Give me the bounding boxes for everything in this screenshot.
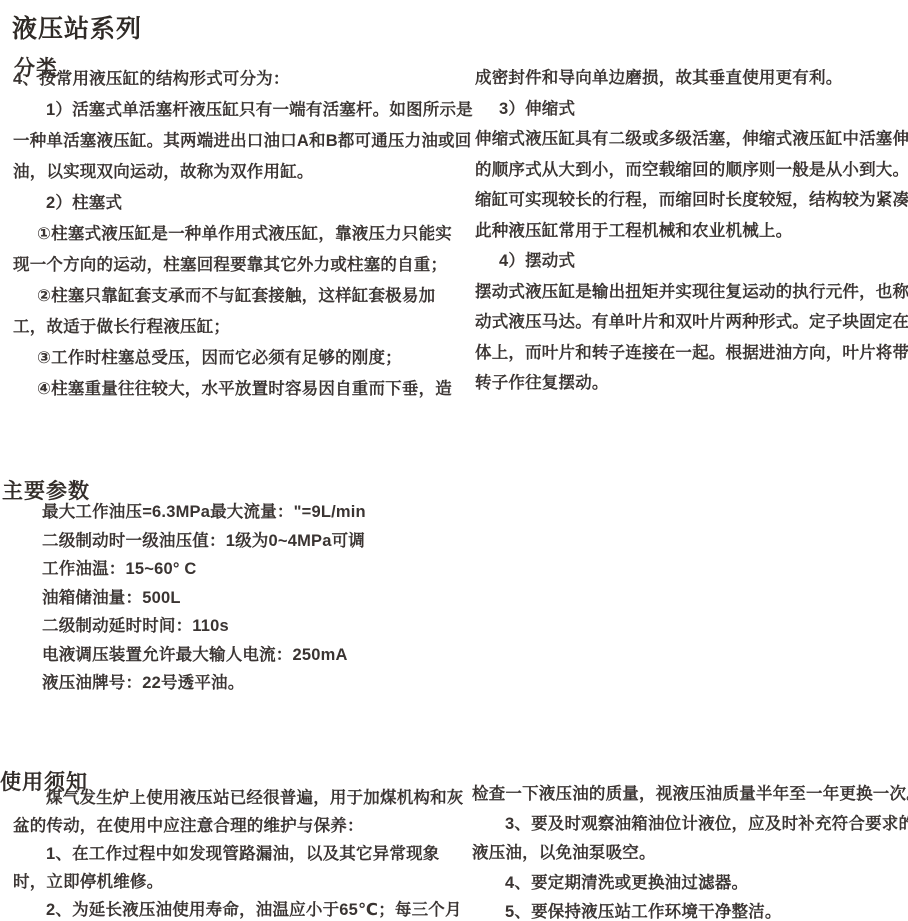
document-page: 液压站系列 分类 4、按常用液压缸的结构形式可分为：1）活塞式单活塞杆液压缸只有…: [0, 0, 908, 921]
text-line: 最大工作油压=6.3MPa最大流量："=9L/min: [42, 498, 542, 527]
text-line: ①柱塞式液压缸是一种单作用式液压缸，靠液压力只能实: [13, 219, 453, 250]
text-line: ④柱塞重量往往较大，水平放置时容易因自重而下垂，造: [13, 374, 453, 405]
text-line: 动式液压马达。有单叶片和双叶片两种形式。定子块固定在缸: [475, 307, 905, 338]
text-line: 现一个方向的运动，柱塞回程要靠其它外力或柱塞的自重；: [13, 250, 453, 281]
text-line: 检查一下液压油的质量，视液压油质量半年至一年更换一次。: [472, 780, 908, 810]
text-line: 1、在工作过程中如发现管路漏油，以及其它异常现象: [13, 840, 453, 868]
usage-left-column: 煤气发生炉上使用液压站已经很普遍，用于加煤机构和灰盆的传动，在使用中应注意合理的…: [13, 784, 453, 921]
text-line: 油，以实现双向运动，故称为双作用缸。: [13, 157, 453, 188]
classification-right-column: 成密封件和导向单边磨损，故其垂直使用更有利。3）伸缩式伸缩式液压缸具有二级或多级…: [475, 63, 905, 399]
text-line: 摆动式液压缸是输出扭矩并实现往复运动的执行元件，也称摆: [475, 277, 905, 308]
text-line: 时，立即停机维修。: [13, 868, 453, 896]
text-line: 缩缸可实现较长的行程，而缩回时长度较短，结构较为紧凑。: [475, 185, 905, 216]
text-line: 3）伸缩式: [475, 94, 905, 125]
text-line: 二级制动时一级油压值：1级为0~4MPa可调: [42, 527, 542, 556]
text-line: 5、要保持液压站工作环境干净整洁。: [472, 898, 908, 921]
text-line: 体上，而叶片和转子连接在一起。根据进油方向，叶片将带动: [475, 338, 905, 369]
text-line: 2、为延长液压油使用寿命，油温应小于65℃；每三个月: [13, 896, 453, 921]
text-line: 盆的传动，在使用中应注意合理的维护与保养：: [13, 812, 453, 840]
text-line: 3、要及时观察油箱油位计液位，应及时补充符合要求的: [472, 810, 908, 840]
text-line: 转子作往复摆动。: [475, 368, 905, 399]
text-line: ③工作时柱塞总受压，因而它必须有足够的刚度；: [13, 343, 453, 374]
text-line: 的顺序式从大到小，而空载缩回的顺序则一般是从小到大。伸: [475, 155, 905, 186]
text-line: 液压油，以免油泵吸空。: [472, 839, 908, 869]
text-line: 4、要定期清洗或更换油过滤器。: [472, 869, 908, 899]
text-line: 伸缩式液压缸具有二级或多级活塞，伸缩式液压缸中活塞伸出: [475, 124, 905, 155]
parameters-list: 最大工作油压=6.3MPa最大流量："=9L/min二级制动时一级油压值：1级为…: [42, 498, 542, 698]
text-line: 成密封件和导向单边磨损，故其垂直使用更有利。: [475, 63, 905, 94]
text-line: 油箱储油量：500L: [42, 584, 542, 613]
page-title: 液压站系列: [12, 14, 142, 44]
text-line: 此种液压缸常用于工程机械和农业机械上。: [475, 216, 905, 247]
text-line: 2）柱塞式: [13, 188, 453, 219]
text-line: 电液调压装置允许最大输人电流：250mA: [42, 641, 542, 670]
text-line: 一种单活塞液压缸。其两端进出口油口A和B都可通压力油或回: [13, 126, 453, 157]
text-line: 4）摆动式: [475, 246, 905, 277]
text-line: 工，故适于做长行程液压缸；: [13, 312, 453, 343]
text-line: 4、按常用液压缸的结构形式可分为：: [13, 64, 453, 95]
usage-right-column: 检查一下液压油的质量，视液压油质量半年至一年更换一次。3、要及时观察油箱油位计液…: [472, 780, 908, 921]
classification-left-column: 4、按常用液压缸的结构形式可分为：1）活塞式单活塞杆液压缸只有一端有活塞杆。如图…: [13, 64, 453, 405]
text-line: 二级制动延时时间：110s: [42, 612, 542, 641]
text-line: 1）活塞式单活塞杆液压缸只有一端有活塞杆。如图所示是: [13, 95, 453, 126]
text-line: 煤气发生炉上使用液压站已经很普遍，用于加煤机构和灰: [13, 784, 453, 812]
text-line: 液压油牌号：22号透平油。: [42, 669, 542, 698]
text-line: ②柱塞只靠缸套支承而不与缸套接触，这样缸套极易加: [13, 281, 453, 312]
text-line: 工作油温：15~60° C: [42, 555, 542, 584]
